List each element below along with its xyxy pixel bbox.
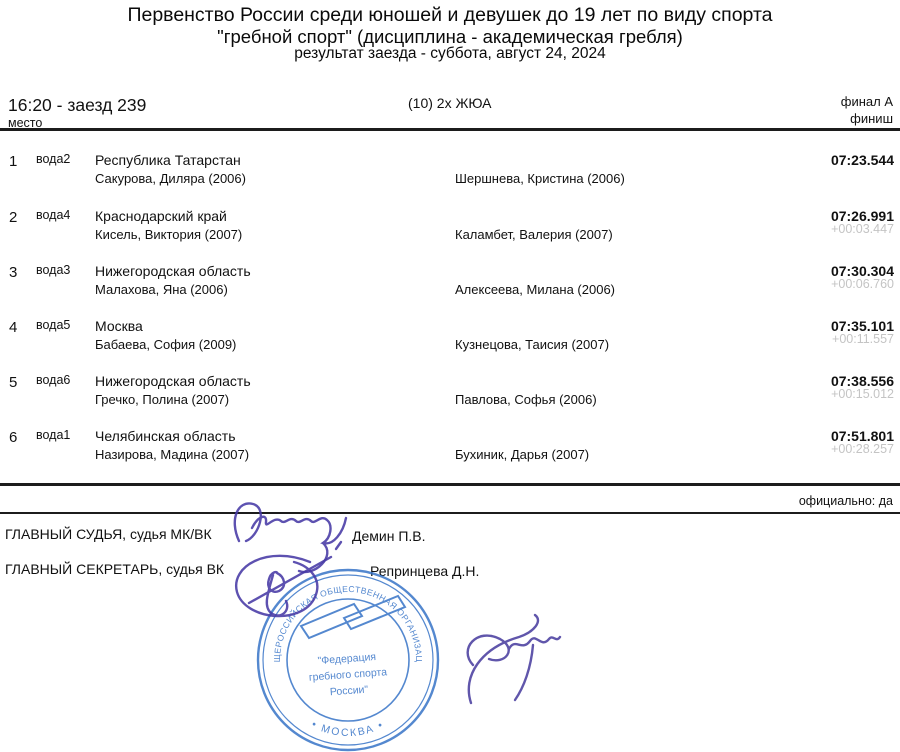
row-team: Нижегородская область bbox=[95, 263, 251, 279]
race-results-sheet: Первенство России среди юношей и девушек… bbox=[0, 0, 900, 752]
event-class: (10) 2x ЖЮА bbox=[408, 95, 491, 111]
row-rower1: Гречко, Полина (2007) bbox=[95, 392, 229, 407]
stamp-inner-ring bbox=[287, 599, 409, 721]
row-place: 1 bbox=[9, 153, 17, 170]
row-time-delta: +00:11.557 bbox=[832, 332, 894, 346]
row-lane: вода5 bbox=[36, 318, 70, 332]
stamp-outer-ring bbox=[258, 570, 438, 750]
row-rower2: Шершнева, Кристина (2006) bbox=[455, 171, 625, 186]
row-lane: вода6 bbox=[36, 373, 70, 387]
row-time-delta: +00:15.012 bbox=[831, 387, 894, 401]
race-time-number: 16:20 - заезд 239 bbox=[8, 95, 146, 116]
stamp-center-text: "Федерация гребного спорта России" bbox=[307, 650, 388, 699]
row-time-delta: +00:06.760 bbox=[831, 277, 894, 291]
chief-judge-role: ГЛАВНЫЙ СУДЬЯ, судья МК/ВК bbox=[5, 526, 212, 542]
row-time: 07:23.544 bbox=[831, 152, 894, 168]
row-team: Нижегородская область bbox=[95, 373, 251, 389]
row-rower1: Малахова, Яна (2006) bbox=[95, 282, 228, 297]
chief-secretary-role: ГЛАВНЫЙ СЕКРЕТАРЬ, судья ВК bbox=[5, 561, 224, 577]
row-rower1: Сакурова, Диляра (2006) bbox=[95, 171, 246, 186]
row-lane: вода3 bbox=[36, 263, 70, 277]
row-rower2: Кузнецова, Таисия (2007) bbox=[455, 337, 609, 352]
row-rower2: Алексеева, Милана (2006) bbox=[455, 282, 615, 297]
row-team: Москва bbox=[95, 318, 143, 334]
stamp-middle-ring bbox=[263, 575, 433, 745]
row-place: 2 bbox=[9, 209, 17, 226]
footer-divider-bottom bbox=[0, 512, 900, 514]
row-rower2: Павлова, Софья (2006) bbox=[455, 392, 597, 407]
title-line-3: результат заезда - суббота, август 24, 2… bbox=[0, 45, 900, 63]
chief-secretary-name: Репринцева Д.Н. bbox=[370, 563, 479, 579]
stamp-city-text: • МОСКВА • bbox=[310, 718, 387, 739]
extra-signature bbox=[468, 615, 560, 703]
row-rower1: Назирова, Мадина (2007) bbox=[95, 447, 249, 462]
svg-text:"Федерация: "Федерация bbox=[317, 651, 376, 667]
final-label: финал А bbox=[841, 94, 893, 109]
row-lane: вода4 bbox=[36, 208, 70, 222]
row-rower2: Бухиник, Дарья (2007) bbox=[455, 447, 589, 462]
chief-judge-name: Демин П.В. bbox=[352, 528, 426, 544]
row-lane: вода1 bbox=[36, 428, 70, 442]
svg-text:гребного спорта: гребного спорта bbox=[308, 666, 387, 683]
row-team: Республика Татарстан bbox=[95, 152, 241, 168]
row-team: Краснодарский край bbox=[95, 208, 227, 224]
row-team: Челябинская область bbox=[95, 428, 236, 444]
title-line-1: Первенство России среди юношей и девушек… bbox=[0, 4, 900, 27]
row-rower1: Кисель, Виктория (2007) bbox=[95, 227, 242, 242]
stamp-logo-flag-right bbox=[344, 596, 405, 629]
stamp-logo-flag-left bbox=[301, 604, 362, 638]
row-place: 3 bbox=[9, 264, 17, 281]
row-rower2: Каламбет, Валерия (2007) bbox=[455, 227, 613, 242]
svg-text:России": России" bbox=[330, 684, 369, 699]
row-place: 6 bbox=[9, 429, 17, 446]
header-divider bbox=[0, 128, 900, 131]
row-lane: вода2 bbox=[36, 152, 70, 166]
finish-column-label: финиш bbox=[850, 111, 893, 126]
footer-divider-top bbox=[0, 483, 900, 486]
row-time-delta: +00:03.447 bbox=[831, 222, 894, 236]
row-place: 4 bbox=[9, 319, 17, 336]
row-rower1: Бабаева, София (2009) bbox=[95, 337, 236, 352]
chief-secretary-signature bbox=[236, 556, 331, 616]
official-status: официально: да bbox=[799, 494, 893, 508]
row-time-delta: +00:28.257 bbox=[831, 442, 894, 456]
row-place: 5 bbox=[9, 374, 17, 391]
